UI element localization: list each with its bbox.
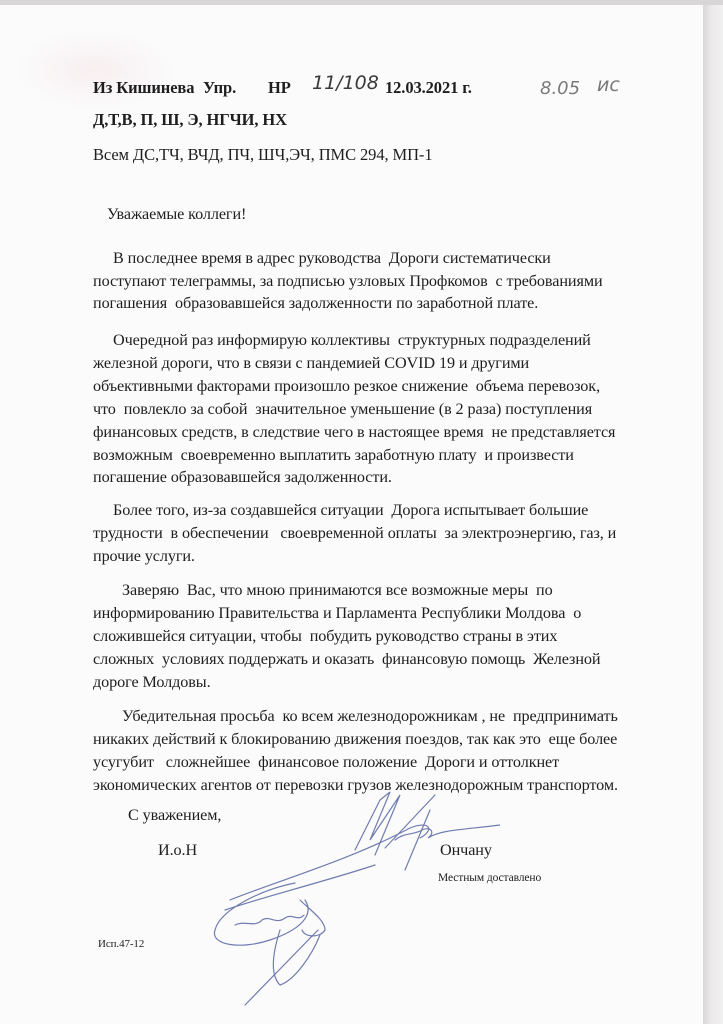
paragraph-line: сложившейся ситуации, чтобы побудить рук… bbox=[93, 626, 557, 646]
paragraph-line: погашения образовавшейся задолженности п… bbox=[93, 293, 538, 313]
header-recipients-primary: Д,Т,В, П, Ш, Э, НГЧИ, НХ bbox=[93, 110, 287, 130]
header-recipients-all: Всем ДС,ТЧ, ВЧД, ПЧ, ШЧ,ЭЧ, ПМС 294, МП-… bbox=[93, 145, 432, 165]
header-code: НР bbox=[268, 78, 291, 98]
header-dept: Упр. bbox=[203, 78, 236, 98]
paragraph-line: сложных условиях поддержать и оказать фи… bbox=[93, 649, 600, 669]
executor-reference: Исп.47-12 bbox=[98, 934, 144, 954]
paragraph-line: трудности в обеспечении своевременной оп… bbox=[93, 523, 616, 543]
paragraph-line: никаких действий к блокированию движения… bbox=[93, 729, 617, 749]
header-from: Из Кишинева bbox=[93, 78, 194, 98]
paragraph-line: информированию Правительства и Парламент… bbox=[93, 603, 581, 623]
paragraph-line: что повлекло за собой значительное умень… bbox=[93, 399, 592, 419]
paragraph-line: прочие услуги. bbox=[93, 546, 195, 566]
handwritten-initials: ис bbox=[597, 74, 620, 96]
paragraph-line: Убедительная просьба ко всем железнодоро… bbox=[122, 706, 618, 726]
paragraph-line: погашение образовавшейся задолженности. bbox=[93, 467, 392, 487]
paragraph-line: Очередной раз информирую коллективы стру… bbox=[113, 330, 591, 350]
paragraph-line: финансовых средств, в следствие чего в н… bbox=[93, 422, 615, 442]
paragraph-line: усугубит сложнейшее финансовое положение… bbox=[93, 752, 559, 772]
scan-right-edge bbox=[703, 5, 723, 1024]
handwritten-note: 8.05 bbox=[540, 78, 580, 99]
scan-stain bbox=[15, 30, 175, 110]
handwritten-signature bbox=[200, 780, 500, 1010]
paragraph-line: поступают телеграммы, за подписью узловы… bbox=[93, 271, 603, 291]
paragraph-line: железной дороги, что в связи с пандемией… bbox=[93, 353, 529, 373]
paragraph-line: В последнее время в адрес руководства До… bbox=[113, 248, 551, 268]
header-date: 12.03.2021 г. bbox=[385, 78, 472, 98]
greeting: Уважаемые коллеги! bbox=[107, 204, 246, 224]
paragraph-line: возможным своевременно выплатить заработ… bbox=[93, 445, 574, 465]
signatory-title: И.о.Н bbox=[158, 840, 197, 860]
paragraph-line: дороге Молдовы. bbox=[93, 672, 211, 692]
paragraph-line: объективными факторами произошло резкое … bbox=[93, 376, 600, 396]
paragraph-line: Заверяю Вас, что мною принимаются все во… bbox=[122, 580, 553, 600]
paragraph-line: Более того, из-за создавшейся ситуации Д… bbox=[113, 500, 588, 520]
handwritten-registration-number: 11/108 bbox=[312, 72, 379, 94]
